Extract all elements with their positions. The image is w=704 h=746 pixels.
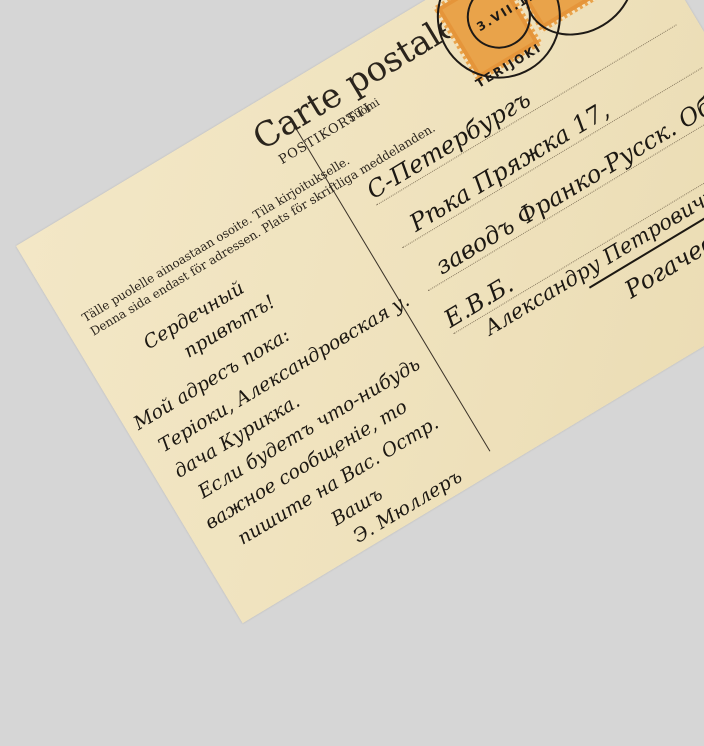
postcard: Carte postale POSTIKORTTI Suomi Tälle pu… bbox=[16, 0, 704, 623]
